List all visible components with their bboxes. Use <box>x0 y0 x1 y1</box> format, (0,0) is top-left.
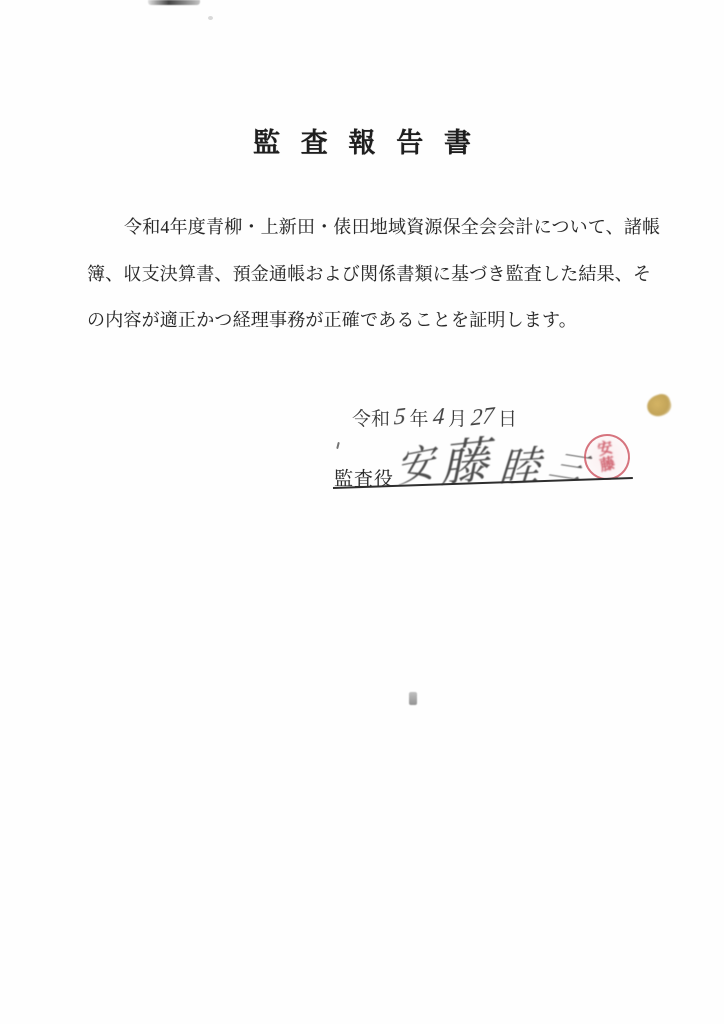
scanned-document-page: 監 査 報 告 書 令和4年度青柳・上新田・俵田地域資源保全会会計について、諸帳… <box>0 0 724 1024</box>
body-line-3: の内容が適正かつ経理事務が正確であることを証明します。 <box>87 297 649 344</box>
paper-stain <box>644 392 673 419</box>
date-day-unit: 日 <box>498 404 517 431</box>
date-era-label: 令和 <box>352 404 390 431</box>
hanko-seal-stamp: 安 藤 <box>581 431 633 483</box>
stamp-character-2: 藤 <box>599 456 617 475</box>
pen-tick-mark <box>336 442 340 449</box>
date-year-unit: 年 <box>410 404 429 431</box>
body-line-2: 簿、収支決算書、預金通帳および関係書類に基づき監査した結果、そ <box>87 251 649 298</box>
body-line-1: 令和4年度青柳・上新田・俵田地域資源保全会会計について、諸帳 <box>87 204 649 251</box>
scan-smudge-top-edge <box>148 0 200 5</box>
date-month-handwritten: 4 <box>432 403 445 430</box>
document-title: 監 査 報 告 書 <box>0 121 724 160</box>
body-paragraph: 令和4年度青柳・上新田・俵田地域資源保全会会計について、諸帳 簿、収支決算書、預… <box>87 204 649 344</box>
date-year-handwritten: 5 <box>393 403 406 430</box>
scan-dot-artifact <box>208 16 213 20</box>
date-line: 令和 5 年 4 月 27 日 <box>352 404 517 434</box>
date-day-handwritten: 27 <box>470 403 495 432</box>
scan-smudge-small <box>409 692 417 705</box>
date-month-unit: 月 <box>448 404 467 431</box>
